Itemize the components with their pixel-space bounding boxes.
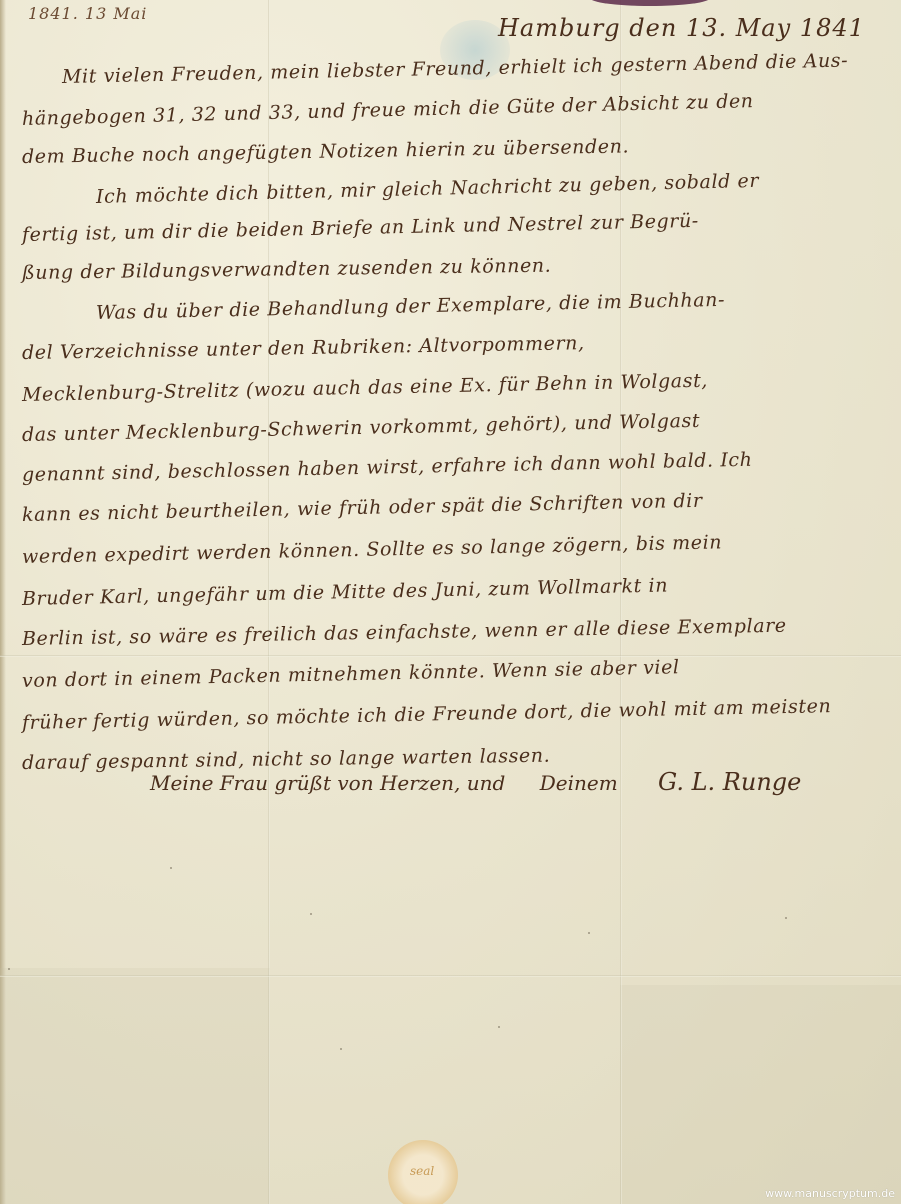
- letter-dateline: Hamburg den 13. May 1841: [498, 14, 865, 42]
- watermark: www.manuscryptum.de: [765, 1187, 895, 1200]
- closing-greeting: Meine Frau grüßt von Herzen, und: [150, 771, 505, 795]
- fold-line-horizontal-lower: [0, 975, 901, 977]
- archival-date-note: 1841. 13 Mai: [28, 4, 147, 23]
- seal-trace-bottom: seal: [388, 1140, 458, 1204]
- closing-valediction: Deinem: [540, 771, 618, 795]
- paper-speck: [340, 1048, 342, 1050]
- paper-speck: [170, 867, 172, 869]
- paper-speck: [498, 1026, 500, 1028]
- fold-line-horizontal-upper: [0, 655, 901, 657]
- fold-shadow-right: [620, 985, 901, 1204]
- closing-block: Meine Frau grüßt von Herzen, und Deinem …: [150, 768, 801, 796]
- paper-speck: [785, 917, 787, 919]
- paper-speck: [588, 932, 590, 934]
- paper-speck: [310, 913, 312, 915]
- signature: G. L. Runge: [658, 768, 801, 796]
- paper-speck: [8, 968, 10, 970]
- fold-shadow-left: [0, 968, 270, 1204]
